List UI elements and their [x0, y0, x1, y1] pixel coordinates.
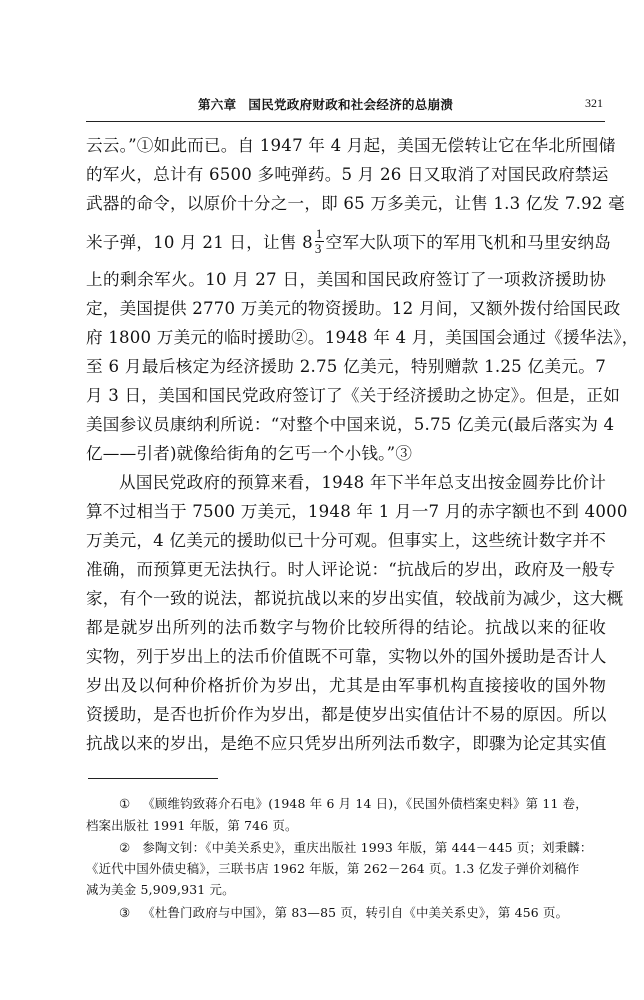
- footnote-2-continued: 《近代中国外债史稿》，三联书店 1962 年版，第 262－264 页。1.3 …: [86, 859, 579, 879]
- text-line: 的军火，总计有 6500 多吨弹药。5 月 26 日又取消了对国民政府禁运: [86, 163, 606, 187]
- text-line: 岁出及以何种价格折价为岁出，尤其是由军事机构直接接收的国外物: [86, 674, 606, 698]
- text-line: 抗战以来的岁出，是绝不应只凭岁出所列法币数字，即骤为论定其实值: [86, 732, 606, 756]
- header-rule: [86, 121, 605, 122]
- fraction-one-third: 13: [315, 227, 324, 256]
- text-line: 亿——引者)就像给街角的乞丐一个小钱。”③: [86, 442, 606, 466]
- book-page: 第六章国民党政府财政和社会经济的总崩溃 321 云云。”①如此而已。自 1947…: [0, 0, 644, 1000]
- chapter-title: 国民党政府财政和社会经济的总崩溃: [248, 97, 453, 112]
- text-line: 定，美国提供 2770 万美元的物资援助。12 月间，又额外拨付给国民政: [86, 297, 606, 321]
- footnote-3: ③《杜鲁门政府与中国》，第 83—85 页，转引自《中美关系史》，第 456 页…: [119, 903, 568, 923]
- text-line: 月 3 日，美国和国民党政府签订了《关于经济援助之协定》。但是，正如: [86, 384, 606, 408]
- text-line: 云云。”①如此而已。自 1947 年 4 月起，美国无偿转让它在华北所囤储: [86, 134, 606, 158]
- footnote-text: 《杜鲁门政府与中国》，第 83—85 页，转引自《中美关系史》，第 456 页。: [142, 905, 568, 920]
- text-line: 上的剩余军火。10 月 27 日，美国和国民政府签订了一项救济援助协: [86, 268, 606, 292]
- footnote-text: 《顾维钧致蒋介石电》(1948 年 6 月 14 日)，《民国外债档案史料》第 …: [142, 796, 588, 811]
- text-line: 至 6 月最后核定为经济援助 2.75 亿美元，特别赠款 1.25 亿美元。7: [86, 355, 606, 379]
- text-line: 府 1800 万美元的临时援助②。1948 年 4 月，美国国会通过《援华法》，: [86, 326, 606, 350]
- footnote-1: ①《顾维钧致蒋介石电》(1948 年 6 月 14 日)，《民国外债档案史料》第…: [119, 794, 588, 814]
- text-line: 万美元，4 亿美元的援助似已十分可观。但事实上，这些统计数字并不: [86, 529, 606, 553]
- chapter-heading: 第六章国民党政府财政和社会经济的总崩溃: [198, 95, 453, 113]
- footnote-marker: ③: [119, 905, 130, 920]
- footnote-1-continued: 档案出版社 1991 年版，第 746 页。: [86, 816, 298, 836]
- text-line: 实物，列于岁出上的法币价值既不可靠，实物以外的国外援助是否计人: [86, 645, 606, 669]
- footnote-marker: ②: [119, 840, 130, 855]
- text-line: 准确，而预算更无法执行。时人评论说：“抗战后的岁出，政府及一般专: [86, 558, 606, 582]
- chapter-number: 第六章: [198, 97, 236, 112]
- fraction-line-before: 米子弹，10 月 21 日，让售 8: [86, 233, 313, 252]
- footnote-marker: ①: [119, 796, 130, 811]
- fraction-numerator: 1: [315, 227, 324, 242]
- text-line: 武器的命令，以原价十分之一，即 65 万多美元，让售 1.3 亿发 7.92 毫: [86, 192, 606, 216]
- text-line: 美国参议员康纳利所说：“对整个中国来说，5.75 亿美元(最后落实为 4: [86, 413, 606, 437]
- footnote-text: 参陶文钊：《中美关系史》，重庆出版社 1993 年版，第 444－445 页；刘…: [142, 840, 592, 855]
- footnote-2: ②参陶文钊：《中美关系史》，重庆出版社 1993 年版，第 444－445 页；…: [119, 838, 592, 858]
- running-header: 第六章国民党政府财政和社会经济的总崩溃 321: [86, 95, 605, 115]
- text-line: 资援助，是否也折价作为岁出，都是使岁出实值估计不易的原因。所以: [86, 703, 606, 727]
- text-line: 算不过相当于 7500 万美元，1948 年 1 月一7 月的赤字额也不到 40…: [86, 500, 606, 524]
- text-line: 家，有个一致的说法，都说抗战以来的岁出实值，较战前为减少，这大概: [86, 587, 606, 611]
- text-line-with-fraction: 米子弹，10 月 21 日，让售 813空军大队项下的军用飞机和马里安纳岛: [86, 229, 606, 253]
- fraction-line-after: 空军大队项下的军用飞机和马里安纳岛: [326, 233, 612, 252]
- footnote-2-continued: 减为美金 5,909,931 元。: [86, 880, 235, 900]
- fraction-denominator: 3: [315, 242, 324, 256]
- paragraph-start-line: 从国民党政府的预算来看，1948 年下半年总支出按金圆券比价计: [86, 471, 606, 495]
- page-number: 321: [585, 96, 603, 111]
- footnote-rule: [88, 778, 218, 779]
- text-line: 都是就岁出所列的法币数字与物价比较所得的结论。抗战以来的征收: [86, 616, 606, 640]
